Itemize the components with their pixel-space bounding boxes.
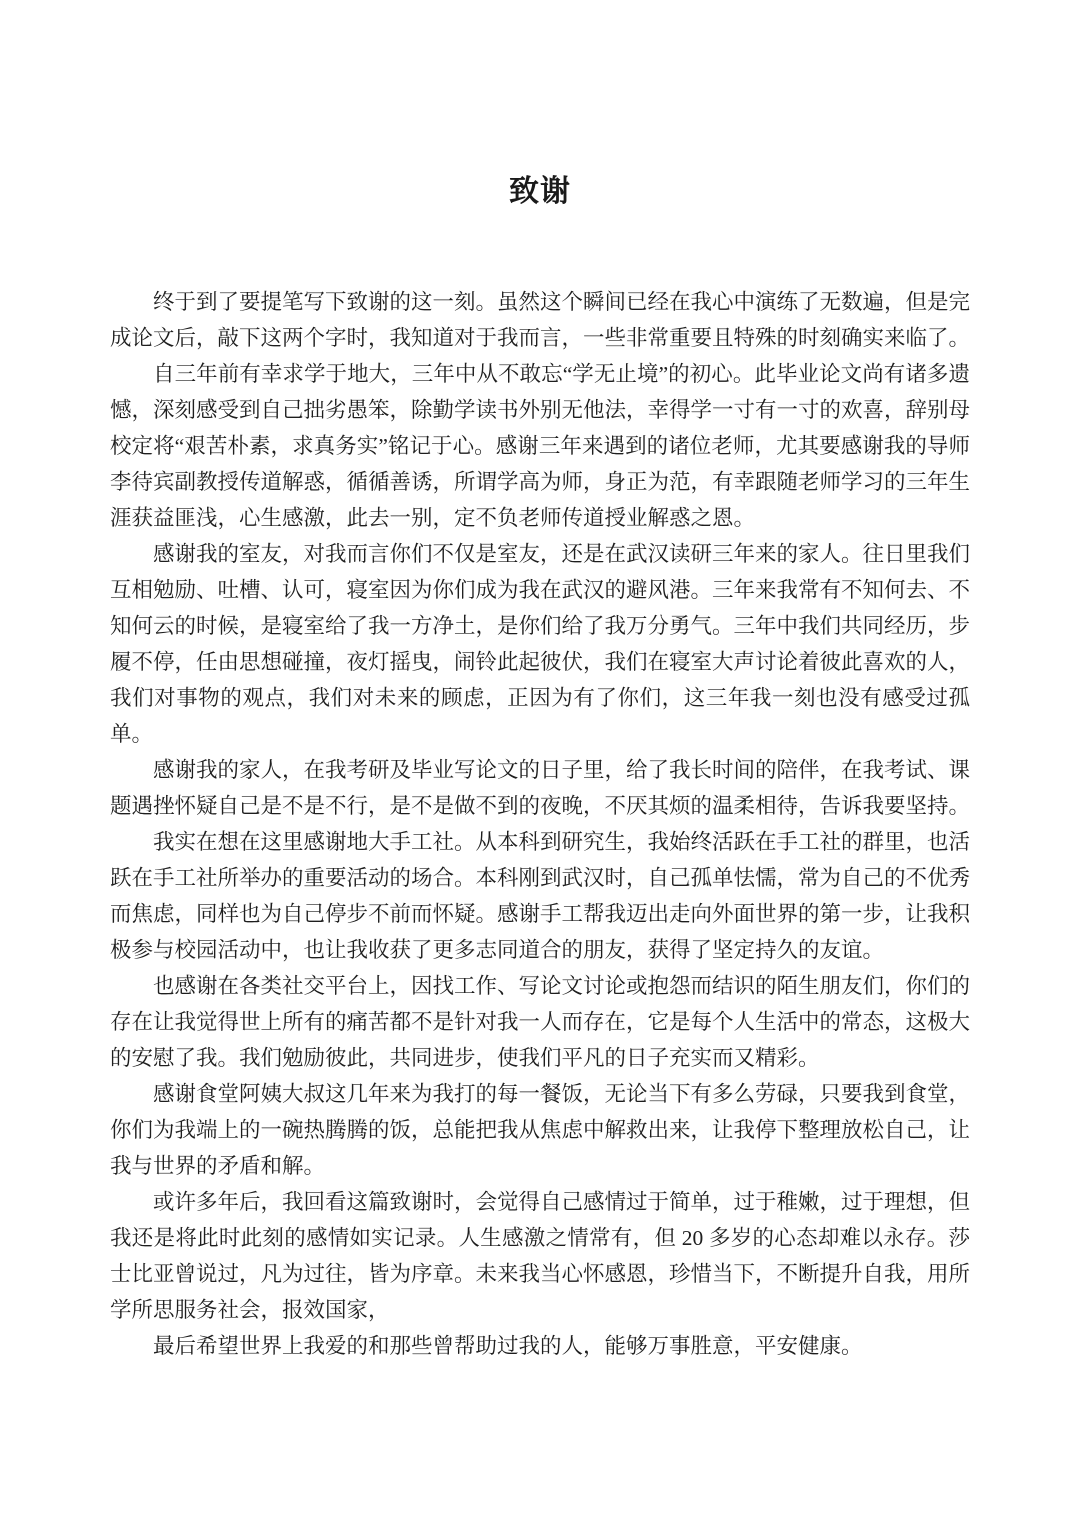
paragraph-2: 自三年前有幸求学于地大，三年中从不敢忘“学无止境”的初心。此毕业论文尚有诸多遗憾… (110, 356, 970, 536)
paragraph-3: 感谢我的室友，对我而言你们不仅是室友，还是在武汉读研三年来的家人。往日里我们互相… (110, 536, 970, 752)
paragraph-4: 感谢我的家人，在我考研及毕业写论文的日子里，给了我长时间的陪伴，在我考试、课题遇… (110, 752, 970, 824)
document-page: 致谢 终于到了要提笔写下致谢的这一刻。虽然这个瞬间已经在我心中演练了无数遍，但是… (0, 0, 1080, 1527)
paragraph-8: 或许多年后，我回看这篇致谢时，会觉得自己感情过于简单，过于稚嫩，过于理想，但我还… (110, 1184, 970, 1328)
page-title: 致谢 (0, 0, 1080, 210)
paragraph-7: 感谢食堂阿姨大叔这几年来为我打的每一餐饭，无论当下有多么劳碌，只要我到食堂，你们… (110, 1076, 970, 1184)
paragraph-9: 最后希望世界上我爱的和那些曾帮助过我的人，能够万事胜意，平安健康。 (110, 1328, 970, 1364)
paragraph-5: 我实在想在这里感谢地大手工社。从本科到研究生，我始终活跃在手工社的群里，也活跃在… (110, 824, 970, 968)
acknowledgments-body: 终于到了要提笔写下致谢的这一刻。虽然这个瞬间已经在我心中演练了无数遍，但是完成论… (110, 284, 970, 1364)
paragraph-6: 也感谢在各类社交平台上，因找工作、写论文讨论或抱怨而结识的陌生朋友们，你们的存在… (110, 968, 970, 1076)
paragraph-1: 终于到了要提笔写下致谢的这一刻。虽然这个瞬间已经在我心中演练了无数遍，但是完成论… (110, 284, 970, 356)
